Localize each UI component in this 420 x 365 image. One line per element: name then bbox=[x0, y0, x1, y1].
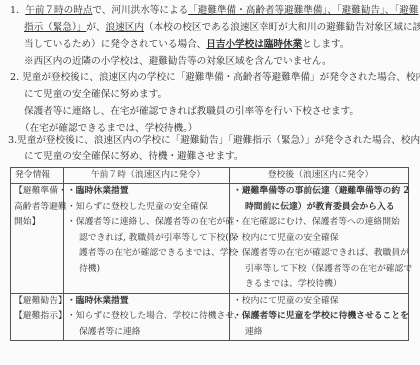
alert-response-table: 発令情報 午前７時（浪速区内に発令） 登校後（浪速区内に発令） 【避難準備・ 高… bbox=[10, 167, 409, 341]
time-condition: 午前７時の時点 bbox=[25, 5, 92, 16]
table-row: 【避難勧告】 【避難指示】 ・臨時休業措置 ・知らずに登校した場合、学校に待機さ… bbox=[11, 293, 409, 341]
section1-line1: 1. 午前７時の時点で、河川洪水等による「避難準備・高齢者等避難準備」、「避難勧… bbox=[10, 6, 418, 16]
section1-line3: 当しているため）に発令されている場合、日吉小学校は臨時休業とします。 bbox=[24, 40, 349, 50]
section2-line1: 2. 児童が登校後に、浪速区内の学校に「避難準備・高齢者等避難準備」が発令された… bbox=[10, 73, 420, 83]
section2-line2: にて児童の安全確保に努めます。 bbox=[24, 90, 167, 100]
section3-line2: にて児童の安全確保に努め、待機・避難させます。 bbox=[24, 152, 244, 162]
table-row: 【避難準備・ 高齢者等避難 開始】 ・臨時休業措置 ・知らずに登校した児童の安全… bbox=[11, 184, 409, 294]
header-morning: 午前７時（浪速区内に発令） bbox=[64, 168, 230, 184]
table-header-row: 発令情報 午前７時（浪速区内に発令） 登校後（浪速区内に発令） bbox=[11, 168, 409, 184]
school-closure: 日吉小学校は臨時休業 bbox=[206, 39, 302, 50]
after-arrival-actions: ・校内にて児童の安全確保 ・保護者等に児童を学校に待機させることを 連絡 bbox=[230, 293, 409, 341]
after-arrival-actions: ・避難準備等の事前伝達（避難準備等の約 2 時間前に伝達）が教育委員会から入る … bbox=[230, 184, 409, 294]
header-after-arrival: 登校後（浪速区内に発令） bbox=[230, 168, 409, 184]
area-naniwa: 浪速区内 bbox=[106, 22, 144, 33]
section3-line1: 3.児童が登校後に、浪速区内の学校に「避難勧告」「避難指示（緊急）」が発令された… bbox=[8, 136, 420, 146]
section2-line3: 保護者等に連絡し、在宅が確認できれば教職員の引率等を行い下校させます。 bbox=[24, 107, 359, 117]
morning-actions: ・臨時休業措置 ・知らずに登校した児童の安全確保 ・保護者等に連絡し、保護者等の… bbox=[64, 184, 230, 294]
section1-line2: 指示（緊急）」が、浪速区内（本校の校区である浪速区幸町が大和川の避難勧告対象区域… bbox=[24, 23, 420, 33]
row-label: 【避難準備・ 高齢者等避難 開始】 bbox=[11, 184, 64, 294]
section1-number: 1. bbox=[10, 5, 19, 16]
header-alert-info: 発令情報 bbox=[11, 168, 64, 184]
section1-note: ※西区内の近隣の小学校は、避難勧告等の対象区域を含んでいません。 bbox=[24, 57, 332, 67]
morning-actions: ・臨時休業措置 ・知らずに登校した場合、学校に待機させ、 保護者等に連絡 bbox=[64, 293, 230, 341]
row-label: 【避難勧告】 【避難指示】 bbox=[11, 293, 64, 341]
section2-line4: （在宅が確認できるまでは、学校待機。） bbox=[20, 124, 197, 134]
alert-types: 「避難準備・高齢者等避難準備」、「避難勧告」、「避難 bbox=[188, 5, 418, 16]
